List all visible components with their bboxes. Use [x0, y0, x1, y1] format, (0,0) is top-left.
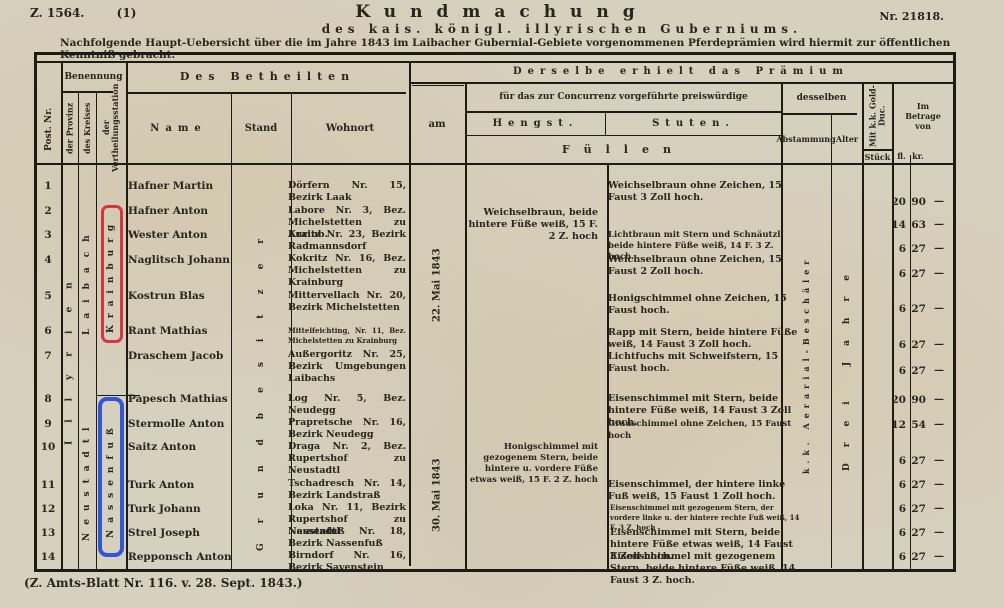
row-14-nr: 14: [36, 551, 60, 563]
header-am: am: [409, 86, 465, 163]
rule: [37, 163, 953, 165]
issue-number: Nr. 21818.: [879, 10, 944, 23]
row-1-nr: 1: [36, 180, 60, 192]
row-1-wohnort: Dörfern Nr. 15, Bezirk Laak: [288, 180, 406, 204]
row-11-fl: 27: [904, 479, 926, 491]
row-1-stute: Weichselbraun ohne Zeichen, 15 Faust 3 Z…: [608, 180, 800, 204]
row-9-stute: Grauschimmel ohne Zeichen, 15 Faust hoch: [608, 418, 800, 442]
row-4-kr: —: [934, 268, 944, 279]
header-stuten: Stuten.: [606, 112, 781, 135]
header-kreises: des Kreises: [78, 93, 96, 163]
row-7-wohnort: Außergoritz Nr. 25, Bezirk Umgebungen La…: [288, 349, 406, 385]
row-2-hengst: Weichselbraun, beide hintere Füße weiß, …: [460, 207, 598, 243]
header-betheilten: Des Betheilten: [126, 61, 409, 92]
row-3-wohnort: Auritz Nr. 23, Bezirk Radmannsdorf: [288, 229, 406, 253]
header-alter: Alter: [832, 114, 862, 163]
header-name: Name: [126, 93, 231, 163]
row-10-nr: 10: [36, 441, 60, 453]
row-14-fl: 27: [904, 551, 926, 563]
header-hengst: Hengst.: [466, 112, 605, 135]
row-2-fl: 63: [904, 219, 926, 231]
header-fl: fl.: [893, 149, 910, 163]
row-10-stueck: 6: [882, 455, 906, 467]
row-6-nr: 6: [36, 325, 60, 337]
row-2-nr: 2: [36, 205, 60, 217]
source-citation: (Z. Amts-Blatt Nr. 116. v. 28. Sept. 184…: [24, 576, 303, 590]
group-stand: Grundbesitzer: [231, 235, 291, 535]
row-7-kr: —: [934, 365, 944, 376]
row-10-wohnort: Draga Nr. 2, Bez. Rupertshof zu Neustadt…: [288, 441, 406, 477]
row-12-kr: —: [934, 503, 944, 514]
row-6-name: Rant Mathias: [128, 325, 208, 337]
group-alter: Drei Jahre: [832, 215, 862, 515]
row-11-stute: Eisenschimmel, der hintere linke Fuß wei…: [608, 479, 800, 503]
header-kr: kr.: [911, 149, 925, 163]
row-1-stueck: 20: [882, 196, 906, 208]
header-provinz: der Provinz: [61, 93, 78, 163]
row-8-fl: 90: [904, 394, 926, 406]
group-date-30-mai: 30. Mai 1843: [409, 435, 465, 555]
row-1-kr: —: [934, 196, 944, 207]
row-11-stueck: 6: [882, 479, 906, 491]
row-5-kr: —: [934, 303, 944, 314]
header-abstammung: Abstammung: [781, 114, 831, 163]
row-2-kr: —: [934, 219, 944, 230]
row-9-stueck: 12: [882, 419, 906, 431]
row-9-kr: —: [934, 419, 944, 430]
row-1-fl: 90: [904, 196, 926, 208]
group-kreis-laibach: Laibach: [78, 205, 96, 355]
header-stand: Stand: [231, 93, 291, 163]
row-9-nr: 9: [36, 418, 60, 430]
row-5-fl: 27: [904, 303, 926, 315]
row-14-wohnort: Birndorf Nr. 16, Bezirk Savenstein: [288, 550, 406, 574]
row-3-fl: 27: [904, 243, 926, 255]
row-6-wohnort: Mittelfeichting, Nr. 11, Bez. Michelstet…: [288, 326, 406, 346]
row-14-stute: Eisenschimmel mit gezogenem Stern, beide…: [610, 551, 802, 587]
header-station: der Vertheilungsstation: [96, 93, 126, 163]
row-10-fl: 27: [904, 455, 926, 467]
row-6-fl: 27: [904, 339, 926, 351]
row-8-stueck: 20: [882, 394, 906, 406]
blue-highlight-nassenfuss: [98, 397, 124, 557]
row-12-name: Turk Johann: [128, 503, 201, 515]
row-4-nr: 4: [36, 254, 60, 266]
row-2-name: Hafner Anton: [128, 205, 208, 217]
premium-table: Post. Nr. Benennung der Provinz des Krei…: [34, 52, 956, 572]
row-1-name: Hafner Martin: [128, 180, 213, 192]
header-desselben: desselben: [781, 83, 862, 113]
row-12-fl: 27: [904, 503, 926, 515]
row-13-nr: 13: [36, 527, 60, 539]
row-12-nr: 12: [36, 503, 60, 515]
row-14-name: Repponsch Anton: [128, 551, 232, 563]
row-12-stueck: 6: [882, 503, 906, 515]
row-8-kr: —: [934, 394, 944, 405]
row-8-nr: 8: [36, 393, 60, 405]
header-praemium: Derselbe erhielt das Prämium: [409, 61, 953, 82]
header-stueck: Stück: [863, 149, 892, 163]
row-4-stute: Weichselbraun ohne Zeichen, 15 Faust 2 Z…: [608, 254, 800, 278]
row-13-stueck: 6: [882, 527, 906, 539]
row-10-name: Saitz Anton: [128, 441, 196, 453]
row-2-stueck: 14: [882, 219, 906, 231]
header-gold-duc: Mit k.k. Gold-Duc.: [863, 85, 892, 147]
header-wohnort: Wohnort: [291, 93, 409, 163]
row-3-name: Wester Anton: [128, 229, 208, 241]
row-11-kr: —: [934, 479, 944, 490]
row-14-stueck: 6: [882, 551, 906, 563]
row-13-kr: —: [934, 527, 944, 538]
row-11-wohnort: Tschadresch Nr. 14, Bezirk Landstraß: [288, 478, 406, 502]
row-5-wohnort: Mittervellach Nr. 20, Bezirk Michelstett…: [288, 290, 406, 314]
row-8-wohnort: Log Nr. 5, Bez. Neudegg: [288, 393, 406, 417]
group-date-22-mai: 22. Mai 1843: [409, 225, 465, 345]
row-7-name: Draschem Jacob: [128, 350, 223, 362]
group-provinz: Illyrien: [61, 245, 78, 465]
row-13-name: Strel Joseph: [128, 527, 200, 539]
row-6-stute: Rapp mit Stern, beide hintere Füße weiß,…: [608, 327, 800, 351]
row-7-stute: Lichtfuchs mit Schweifstern, 15 Faust ho…: [608, 351, 800, 375]
group-kreis-neustadtl: Neustadtl: [78, 400, 96, 560]
row-6-kr: —: [934, 339, 944, 350]
row-5-stueck: 6: [882, 303, 906, 315]
header-betrag: Im Betrage von: [893, 85, 953, 147]
row-11-name: Turk Anton: [128, 479, 194, 491]
row-13-fl: 27: [904, 527, 926, 539]
row-3-nr: 3: [36, 229, 60, 241]
row-8-name: Papesch Mathias: [128, 393, 228, 405]
document-subtitle: des kais. königl. illyrischen Guberniums…: [0, 22, 1004, 36]
row-9-wohnort: Prapretsche Nr. 16, Bezirk Neudegg: [288, 417, 406, 441]
row-5-name: Kostrun Blas: [128, 290, 205, 302]
row-3-kr: —: [934, 243, 944, 254]
row-4-stueck: 6: [882, 268, 906, 280]
header-concurrenz: für das zur Concurrenz vorgeführte preis…: [466, 83, 781, 111]
row-10-hengst: Honigschimmel mit gezogenem Stern, beide…: [460, 442, 598, 486]
row-3-stueck: 6: [882, 243, 906, 255]
row-11-nr: 11: [36, 479, 60, 491]
row-14-kr: —: [934, 551, 944, 562]
row-7-nr: 7: [36, 350, 60, 362]
row-7-stueck: 6: [882, 365, 906, 377]
row-9-fl: 54: [904, 419, 926, 431]
row-5-stute: Honigschimmel ohne Zeichen, 15 Faust hoc…: [608, 293, 800, 317]
row-6-stueck: 6: [882, 339, 906, 351]
row-13-wohnort: Nassenfuß Nr. 18, Bezirk Nassenfuß: [288, 526, 406, 550]
row-9-name: Stermolle Anton: [128, 418, 224, 430]
row-5-nr: 5: [36, 290, 60, 302]
red-highlight-krainburg: [101, 205, 123, 343]
row-4-wohnort: Kokritz Nr. 16, Bez. Michelstetten zu Kr…: [288, 253, 406, 289]
row-10-kr: —: [934, 455, 944, 466]
row-4-fl: 27: [904, 268, 926, 280]
header-post-nr: Post. Nr.: [37, 95, 61, 163]
header-fuellen: Füllen: [466, 136, 781, 163]
row-4-name: Naglitsch Johann: [128, 254, 230, 266]
document-title: Kundmachung: [0, 2, 1004, 22]
row-7-fl: 27: [904, 365, 926, 377]
